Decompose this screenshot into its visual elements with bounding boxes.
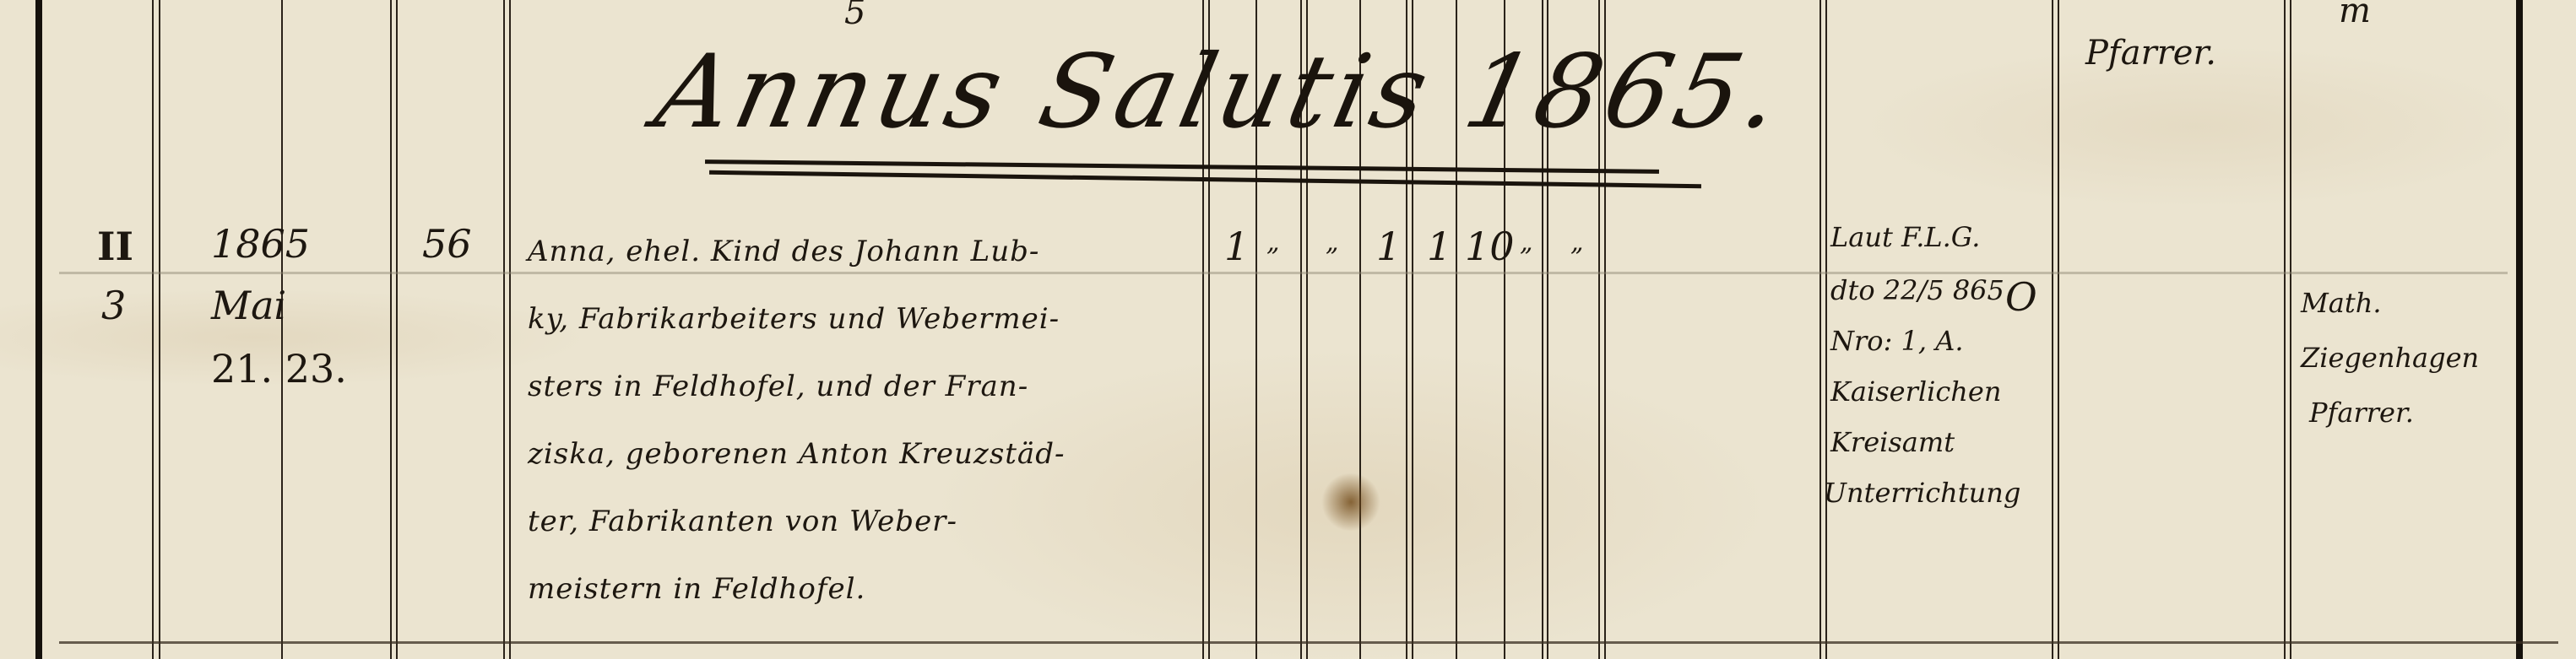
remarks-line: dto 22/5 865 <box>1830 274 2004 306</box>
column-divider <box>1825 0 1827 659</box>
column-divider <box>503 0 505 659</box>
tally-value: 1 <box>1224 224 1249 269</box>
remarks-line: Laut F.L.G. <box>1830 221 1980 253</box>
entry-number: 56 <box>422 221 472 267</box>
description-line: ziska, geborenen Anton Kreuzstäd- <box>528 437 1065 471</box>
right-border-line <box>2516 0 2523 659</box>
mark-symbol: O <box>2005 274 2037 320</box>
row-separator <box>59 272 2508 274</box>
tally-value: „ <box>1326 228 1339 257</box>
tally-value: „ <box>1520 228 1533 257</box>
signature-line: Pfarrer. <box>2309 397 2414 429</box>
column-divider <box>159 0 160 659</box>
signature-line: Ziegenhagen <box>2301 342 2479 374</box>
description-line: Anna, ehel. Kind des Johann Lub- <box>528 235 1039 268</box>
column-divider <box>152 0 154 659</box>
page-heading: Annus Salutis 1865. <box>646 34 1795 151</box>
remarks-line: Unterrichtung <box>1824 477 2020 509</box>
column-divider <box>2052 0 2053 659</box>
upper-fragment: m <box>2339 0 2371 30</box>
remarks-line: Kaiserlichen <box>1830 375 2001 408</box>
description-line: ter, Fabrikanten von Weber- <box>528 505 957 538</box>
tally-value: 1 <box>1376 224 1401 269</box>
remarks-line: Kreisamt <box>1830 426 1955 458</box>
roman-numeral: II <box>97 224 133 269</box>
description-line: meistern in Feldhofel. <box>528 572 865 606</box>
entry-month: Mai <box>211 283 286 328</box>
tally-value: 1 <box>1427 224 1451 269</box>
tally-value: „ <box>1266 228 1280 257</box>
left-border-line <box>35 0 42 659</box>
column-divider <box>509 0 511 659</box>
column-divider <box>2058 0 2059 659</box>
column-divider <box>2284 0 2286 659</box>
signature-line: Math. <box>2301 287 2381 319</box>
tally-value: 10 <box>1465 224 1515 269</box>
entry-days: 21. 23. <box>211 346 347 392</box>
heading-underline <box>709 170 1701 188</box>
roman-below-number: 3 <box>101 283 126 328</box>
bottom-rule <box>59 641 2558 644</box>
tally-value: „ <box>1570 228 1584 257</box>
description-line: sters in Feldhofel, und der Fran- <box>528 370 1028 403</box>
entry-year: 1865 <box>211 221 310 267</box>
upper-signature-fragment: Pfarrer. <box>2085 34 2216 73</box>
column-divider <box>2290 0 2291 659</box>
column-divider <box>396 0 398 659</box>
column-divider <box>281 0 283 659</box>
register-page: 5 Pfarrer. m Annus Salutis 1865. II 3 18… <box>0 0 2576 659</box>
remarks-line: Nro: 1, A. <box>1830 325 1964 357</box>
column-divider <box>390 0 392 659</box>
page-mark: 5 <box>844 0 865 32</box>
description-line: ky, Fabrikarbeiters und Webermei- <box>528 302 1060 336</box>
ink-stain <box>1321 473 1380 532</box>
column-divider <box>1819 0 1821 659</box>
